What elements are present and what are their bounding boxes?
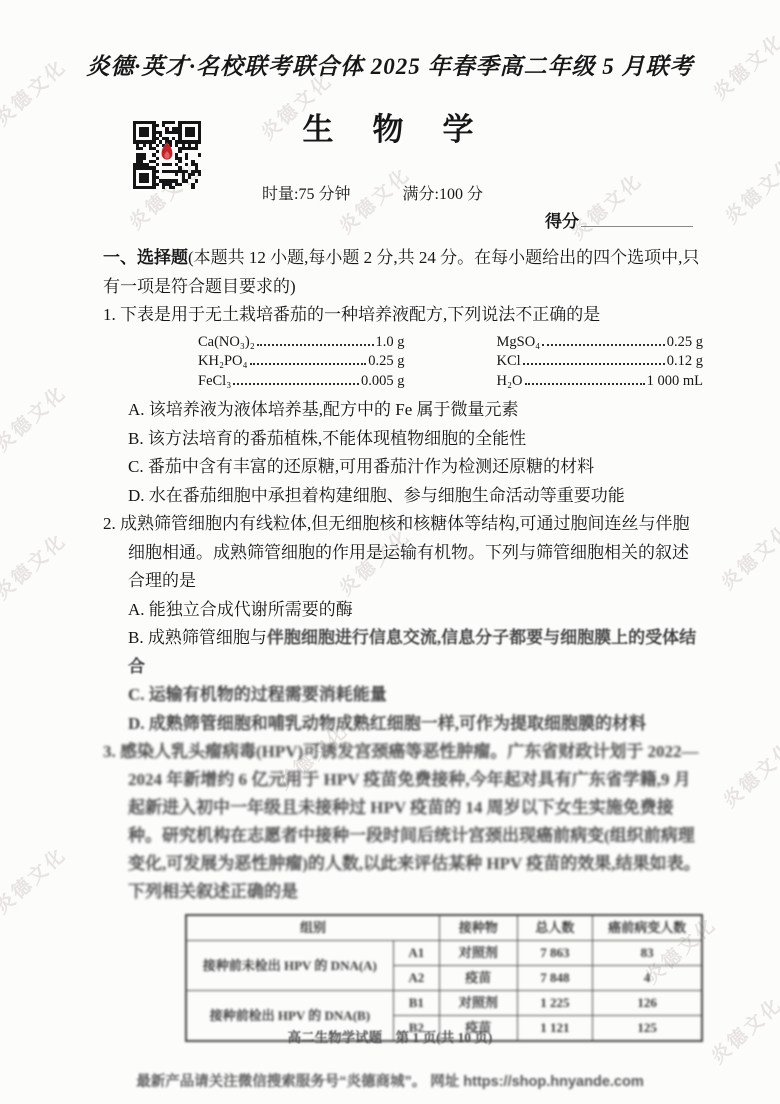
chemical-amount: 1 000 mL <box>647 372 703 392</box>
chemical-name: H₂O <box>497 372 523 392</box>
watermark: 炎德文化 <box>0 526 72 605</box>
question-3-stem: 3. 感染人乳头瘤病毒(HPV)可诱发宫颈癌等恶性肿瘤。广东省财政计划于 202… <box>103 738 703 906</box>
watermark: 炎德文化 <box>716 734 780 813</box>
subject-title: 生 物 学 <box>0 104 780 149</box>
dot-leader <box>542 344 665 346</box>
chemical-amount: 1.0 g <box>376 333 405 353</box>
row-id: A2 <box>393 966 439 991</box>
recipe-left-column: Ca(NO₃)₂1.0 g KH₂PO₄0.25 g FeCl₃0.005 g <box>198 333 405 392</box>
group-a-label: 接种前未检出 HPV 的 DNA(A) <box>186 941 393 991</box>
row-total: 7 863 <box>517 941 593 966</box>
score-blank-line <box>581 212 693 227</box>
exam-meta: 时量:75 分钟 满分:100 分 <box>0 181 745 204</box>
header-inoculum: 接种物 <box>440 915 517 941</box>
recipe-row: KH₂PO₄0.25 g <box>198 352 405 372</box>
exam-body: 一、选择题(本题共 12 小题,每小题 2 分,共 24 分。在每小题给出的四个… <box>103 244 703 1042</box>
row-id: B1 <box>393 991 439 1016</box>
question-1-option-c: C. 番茄中含有丰富的还原糖,可用番茄汁作为检测还原糖的材料 <box>103 453 703 482</box>
row-inoculum: 对照剂 <box>440 941 517 966</box>
row-id: A1 <box>393 941 439 966</box>
recipe-row: FeCl₃0.005 g <box>198 372 405 392</box>
question-2-option-d: D. 成熟筛管细胞和哺乳动物成熟红细胞一样,可作为提取细胞膜的材料 <box>103 710 703 739</box>
exam-title: 炎德·英才·名校联考联合体 2025 年春季高二年级 5 月联考 <box>0 48 780 81</box>
row-lesion: 126 <box>593 991 702 1016</box>
dot-leader <box>233 383 359 385</box>
question-2-stem: 2. 成熟筛管细胞内有线粒体,但无细胞核和核糖体等结构,可通过胞间连丝与伴胞细胞… <box>103 510 703 596</box>
watermark: 炎德文化 <box>714 516 780 595</box>
exam-paper-page: 炎德文化 炎德文化 炎德文化 炎德文化 炎德文化 炎德文化 炎德文化 炎德文化 … <box>0 0 780 1104</box>
watermark: 炎德文化 <box>0 378 72 457</box>
option-b-clear-part: B. 成熟筛管细胞与 <box>128 628 267 647</box>
duration-label: 时量:75 分钟 <box>262 186 350 203</box>
chemical-amount: 0.25 g <box>667 333 703 353</box>
question-1-option-b: B. 该方法培育的番茄植株,不能体现植物细胞的全能性 <box>103 425 703 454</box>
chemical-name: KH₂PO₄ <box>198 352 248 372</box>
recipe-row: H₂O1 000 mL <box>497 372 704 392</box>
question-1-stem: 1. 下表是用于无土栽培番茄的一种培养液配方,下列说法不正确的是 <box>103 301 703 330</box>
recipe-row: Ca(NO₃)₂1.0 g <box>198 333 405 353</box>
section-heading-rest: (本题共 12 小题,每小题 2 分,共 24 分。在每小题给出的四个选项中,只… <box>103 248 699 296</box>
chemical-name: MgSO₄ <box>497 333 541 353</box>
question-2-option-c: C. 运输有机物的过程需要消耗能量 <box>103 681 703 710</box>
watermark: 炎德文化 <box>0 840 72 919</box>
question-1-recipe-table: Ca(NO₃)₂1.0 g KH₂PO₄0.25 g FeCl₃0.005 g … <box>198 333 703 392</box>
dot-leader <box>525 383 645 385</box>
watermark: 炎德文化 <box>564 166 647 245</box>
question-2-option-b: B. 成熟筛管细胞与伴胞细胞进行信息交流,信息分子都要与细胞膜上的受体结合 <box>103 624 703 681</box>
dot-leader <box>257 344 374 346</box>
question-1-option-a: A. 该培养液为液体培养基,配方中的 Fe 属于微量元素 <box>103 396 703 425</box>
question-1-option-d: D. 水在番茄细胞中承担着构建细胞、参与细胞生命活动等重要功能 <box>103 482 703 511</box>
row-inoculum: 疫苗 <box>440 966 517 991</box>
score-label: 得分 <box>545 212 579 231</box>
question-2-option-a: A. 能独立合成代谢所需要的酶 <box>103 596 703 625</box>
section-heading: 一、选择题(本题共 12 小题,每小题 2 分,共 24 分。在每小题给出的四个… <box>103 244 703 301</box>
chemical-amount: 0.12 g <box>667 352 703 372</box>
row-total: 1 225 <box>517 991 593 1016</box>
recipe-row: MgSO₄0.25 g <box>497 333 704 353</box>
header-group: 组别 <box>186 915 440 941</box>
dot-leader <box>523 363 665 365</box>
dot-leader <box>250 363 367 365</box>
chemical-amount: 0.005 g <box>361 372 405 392</box>
recipe-row: KCl0.12 g <box>497 352 704 372</box>
full-score-label: 满分:100 分 <box>403 186 483 203</box>
page-number-footer: 高二生物学试题 第 1 页(共 10 页) <box>0 1026 780 1046</box>
header-total: 总人数 <box>517 915 593 941</box>
promo-footer: 最新产品请关注微信搜索服务号“炎德商城”。 网址 https://shop.hn… <box>0 1070 780 1091</box>
row-lesion: 83 <box>593 941 702 966</box>
header-lesion: 癌前病变人数 <box>593 915 702 941</box>
row-lesion: 4 <box>593 966 702 991</box>
question-3-table: 组别 接种物 总人数 癌前病变人数 接种前未检出 HPV 的 DNA(A) A1… <box>103 914 703 1042</box>
row-total: 7 848 <box>517 966 593 991</box>
score-box: 得分 <box>545 207 693 232</box>
table-header-row: 组别 接种物 总人数 癌前病变人数 <box>186 915 702 941</box>
chemical-amount: 0.25 g <box>368 352 404 372</box>
chemical-name: Ca(NO₃)₂ <box>198 333 255 353</box>
table-row: 接种前未检出 HPV 的 DNA(A) A1 对照剂 7 863 83 <box>186 941 702 966</box>
chemical-name: FeCl₃ <box>198 372 231 392</box>
table-row: 接种前检出 HPV 的 DNA(B) B1 对照剂 1 225 126 <box>186 991 702 1016</box>
row-inoculum: 对照剂 <box>440 991 517 1016</box>
chemical-name: KCl <box>497 352 521 372</box>
recipe-right-column: MgSO₄0.25 g KCl0.12 g H₂O1 000 mL <box>497 333 704 392</box>
section-heading-bold: 一、选择题 <box>103 248 188 267</box>
